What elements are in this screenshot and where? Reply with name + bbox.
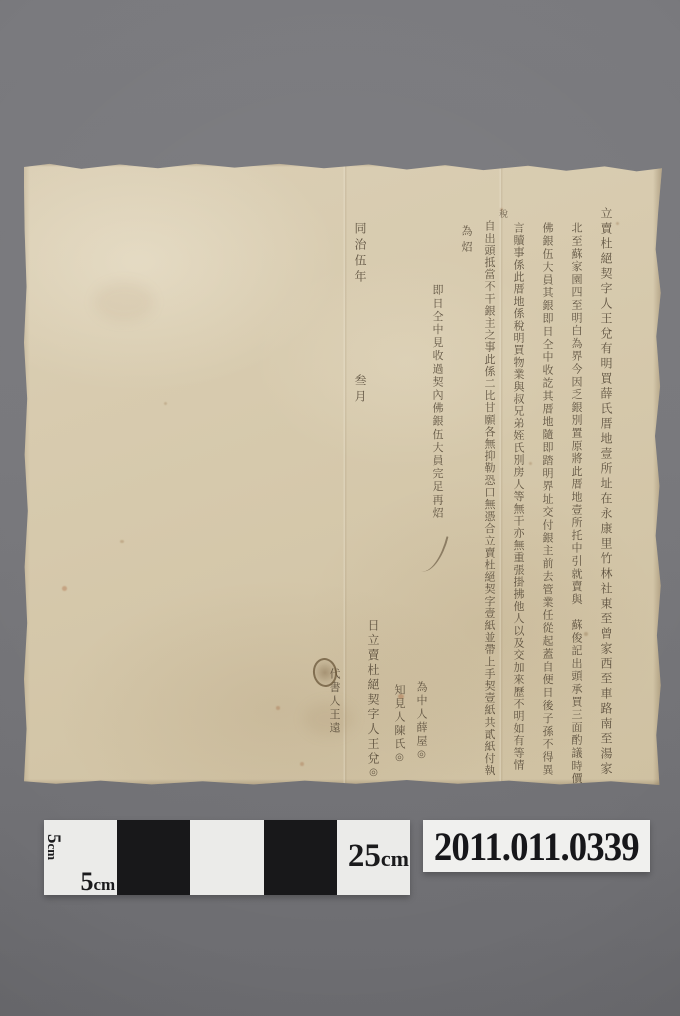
scale-label-5cm: 5cm [80, 869, 115, 895]
foxing-spot [62, 586, 67, 591]
foxing-spot [529, 462, 532, 465]
receipt-note-column: 即日仝中見收過契內佛銀伍大員完足再炤 [432, 284, 443, 520]
scale-label-unit: cm [45, 844, 60, 861]
deed-column-3: 佛銀伍大員其銀即日仝中收訖其厝地隨即踏明界址交付銀主前去管業任從起蓋自便日後子孫… [542, 222, 553, 777]
scale-label-number: 5 [43, 834, 64, 844]
deed-column-4: 言贖事係此厝地係稅明買物業與叔兄弟姪氏別房人等無干亦無重張掛拂他人以及交加來歷不… [513, 222, 524, 771]
scale-label-25cm: 25cm [348, 840, 409, 873]
catalog-number-text: 2011.011.0339 [434, 823, 639, 870]
catalog-number-label: 2011.011.0339 [423, 820, 650, 872]
foxing-spot [584, 632, 588, 636]
scale-label-5cm-vertical: 5cm [44, 834, 63, 860]
fold-crease-right [499, 162, 503, 785]
scale-label-number: 5 [80, 867, 93, 896]
foxing-spot [120, 540, 124, 543]
deed-column-1: 立賣杜絕契字人王兌有明買薛氏厝地壹所址在永康里竹林社東至曾家西至車路南至湯家 [600, 207, 612, 777]
scale-bar: 5cm 5cm 25cm [44, 820, 410, 895]
deed-column-5: 自出頭抵當不干銀主之事此係二比甘願各無抑勒恐口無憑合立賣杜絕契字壹紙並帶上手契壹… [484, 220, 495, 777]
signature-circle-mark: ◎ [368, 767, 378, 781]
paper-stain [94, 282, 154, 322]
foxing-spot [616, 222, 619, 225]
scale-label-number: 25 [348, 838, 381, 874]
scale-label-unit: cm [381, 846, 409, 871]
foxing-spot [164, 402, 167, 405]
signature-seller: 日立賣杜絕契字人王兌◎ [355, 518, 399, 781]
foxing-spot [276, 706, 280, 710]
signature-seller-name: 日立賣杜絕契字人王兌 [366, 619, 380, 767]
raised-closing-phrase: 為炤 [461, 225, 472, 257]
foxing-spot [300, 762, 304, 766]
deed-column-2: 北至蘇家園四至明白為界今因乏銀別置原將此厝地壹所托中引就賣與 蘇俊記出頭承買三面… [571, 222, 582, 785]
scale-label-unit: cm [93, 875, 115, 894]
scale-segment-black [117, 820, 190, 895]
signature-scribe: 代書人王遠 [318, 574, 351, 736]
inserted-correction-char: 稅 [497, 209, 506, 218]
scale-segment-white [190, 820, 263, 895]
scale-segment-black [264, 820, 337, 895]
scale-segment-white: 5cm 5cm [44, 820, 117, 895]
signature-flourish-stroke [421, 532, 448, 575]
date-month: 叁月 [354, 374, 366, 406]
date-era-year: 同治伍年 [354, 222, 366, 286]
deed-paper: 立賣杜絕契字人王兌有明買薛氏厝地壹所址在永康里竹林社東至曾家西至車路南至湯家 北… [24, 162, 662, 785]
photo-background: 立賣杜絕契字人王兌有明買薛氏厝地壹所址在永康里竹林社東至曾家西至車路南至湯家 北… [0, 0, 680, 1016]
scale-segment-white: 25cm [337, 820, 410, 895]
